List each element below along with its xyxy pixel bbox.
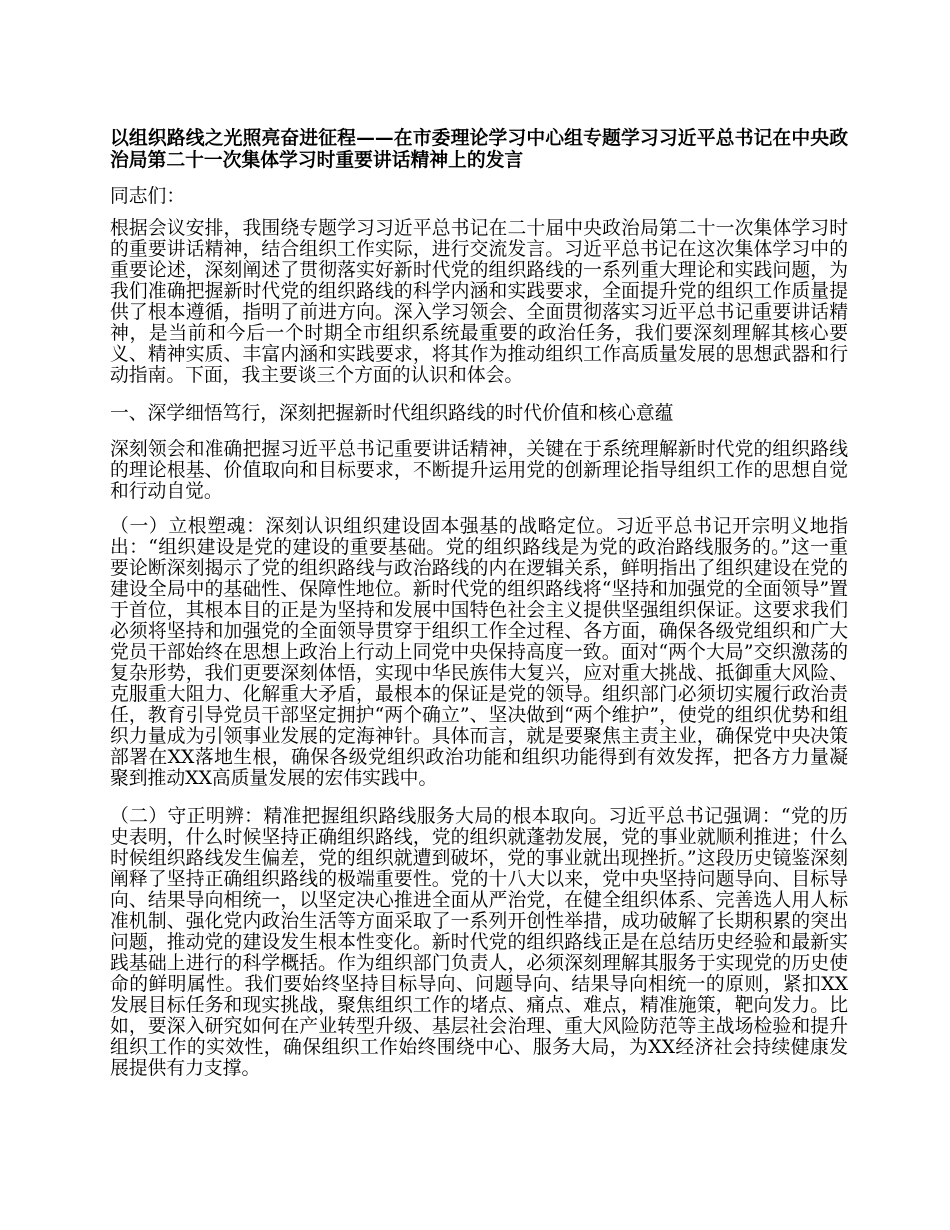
point-one-paragraph: （一）立根塑魂：深刻认识组织建设固本强基的战略定位。习近平总书记开宗明义地指出：… (110, 516, 848, 789)
intro-paragraph: 根据会议安排，我围绕专题学习习近平总书记在二十届中央政治局第二十一次集体学习时的… (110, 218, 848, 386)
document-page: 以组织路线之光照亮奋进征程——在市委理论学习中心组专题学习习近平总书记在中央政治… (0, 0, 950, 1230)
section-one-heading: 一、深学细悟笃行，深刻把握新时代组织路线的时代价值和核心意蕴 (110, 403, 848, 424)
point-two-paragraph: （二）守正明辨：精准把握组织路线服务大局的根本取向。习近平总书记强调：“党的历史… (110, 806, 848, 1079)
document-title: 以组织路线之光照亮奋进征程——在市委理论学习中心组专题学习习近平总书记在中央政治… (110, 127, 848, 171)
section-one-lead-paragraph: 深刻领会和准确把握习近平总书记重要讲话精神，关键在于系统理解新时代党的组织路线的… (110, 439, 848, 502)
salutation: 同志们： (110, 186, 848, 207)
